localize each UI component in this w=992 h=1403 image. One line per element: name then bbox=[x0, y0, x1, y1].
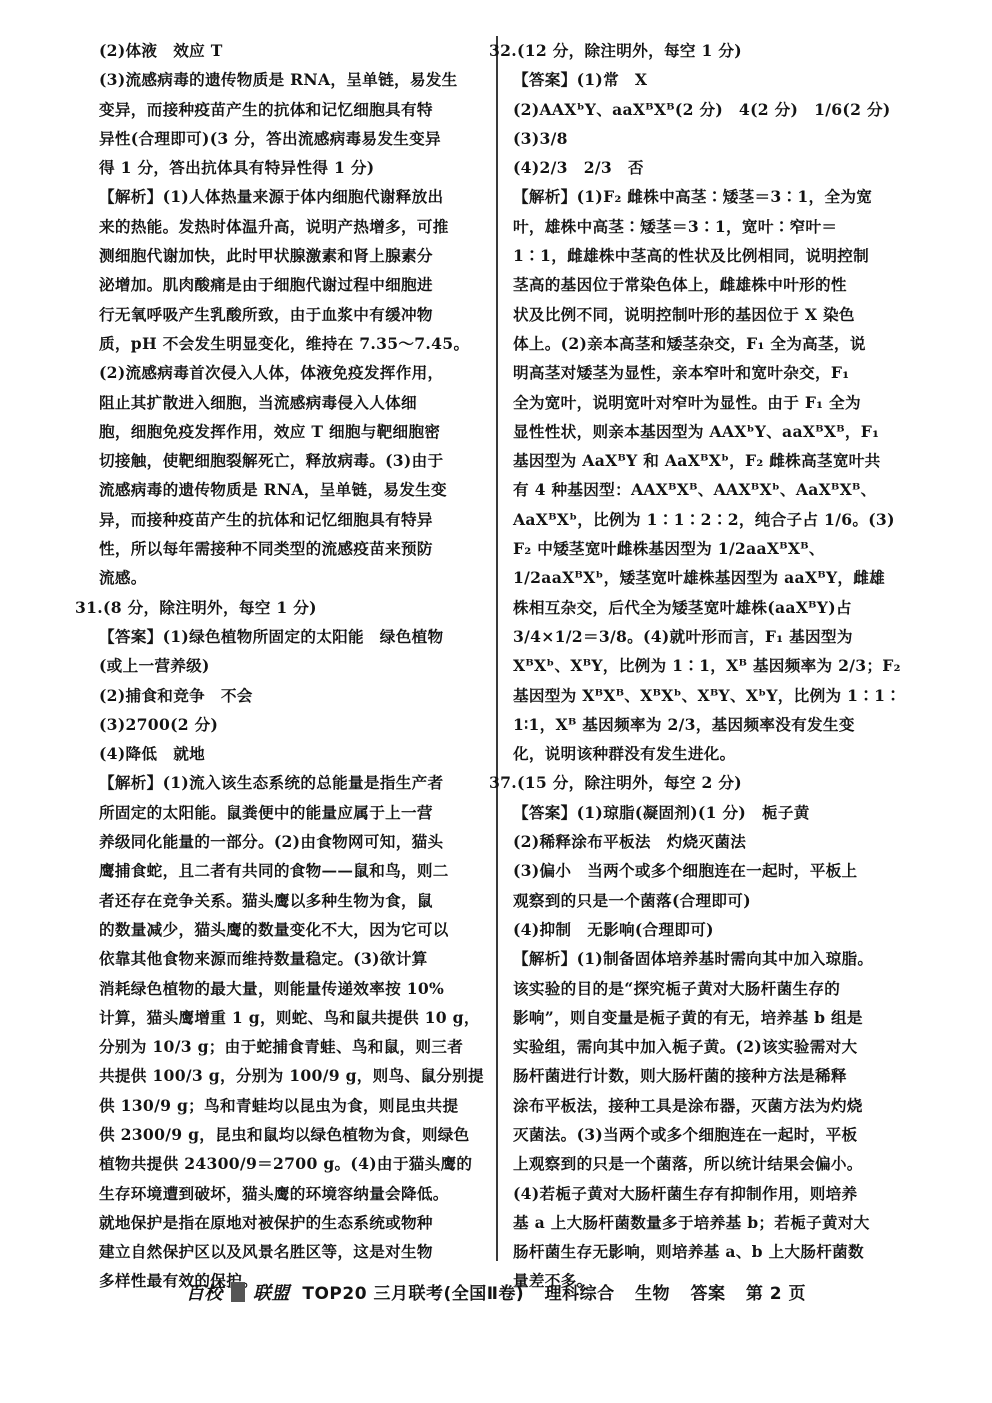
text-line: (2)AAXᵇY、aaXᴮXᴮ(2 分) 4(2 分) 1/6(2 分) bbox=[513, 95, 913, 124]
text-line: (2)捕食和竞争 不会 bbox=[99, 681, 479, 710]
text-line: (4)抑制 无影响(合理即可) bbox=[513, 915, 913, 944]
text-line: 基 a 上大肠杆菌数量多于培养基 b；若栀子黄对大 bbox=[513, 1208, 913, 1237]
text-line: (或上一营养级) bbox=[99, 651, 479, 680]
text-line: (4)若栀子黄对大肠杆菌生存有抑制作用，则培养 bbox=[513, 1179, 913, 1208]
question-header: 31.(8 分，除注明外，每空 1 分) bbox=[75, 593, 479, 622]
text-line: (2)体液 效应 T bbox=[99, 36, 479, 65]
right-column: 32.(12 分，除注明外，每空 1 分) 【答案】(1)常 X (2)AAXᵇ… bbox=[513, 36, 913, 1296]
text-line: 异性(合理即可)(3 分，答出流感病毒易发生变异 bbox=[99, 124, 479, 153]
text-line: 【解析】(1)制备固体培养基时需向其中加入琼脂。 bbox=[513, 944, 913, 973]
text-line: 质，pH 不会发生明显变化，维持在 7.35～7.45。 bbox=[99, 329, 479, 358]
text-line: 叶，雄株中高茎∶矮茎＝3∶1，宽叶∶窄叶＝ bbox=[513, 212, 913, 241]
text-line: 【答案】(1)常 X bbox=[513, 65, 913, 94]
subject-group: 理科综合 bbox=[545, 1284, 615, 1304]
text-line: 观察到的只是一个菌落(合理即可) bbox=[513, 886, 913, 915]
text-line: 性，所以每年需接种不同类型的流感疫苗来预防 bbox=[99, 534, 479, 563]
text-line: 灭菌法。(3)当两个或多个细胞连在一起时，平板 bbox=[513, 1120, 913, 1149]
text-line: 明高茎对矮茎为显性，亲本窄叶和宽叶杂交，F₁ bbox=[513, 358, 913, 387]
doc-type: 答案 bbox=[690, 1284, 725, 1304]
text-line: (2)流感病毒首次侵入人体，体液免疫发挥作用， bbox=[99, 358, 479, 387]
text-line: 来的热能。发热时体温升高，说明产热增多，可推 bbox=[99, 212, 479, 241]
text-line: 1∶1，雌雄株中茎高的性状及比例相同，说明控制 bbox=[513, 241, 913, 270]
text-line: 胞，细胞免疫发挥作用，效应 T 细胞与靶细胞密 bbox=[99, 417, 479, 446]
text-line: 【解析】(1)流入该生态系统的总能量是指生产者 bbox=[99, 768, 479, 797]
brand-logo-right: 联盟 bbox=[253, 1279, 290, 1305]
text-line: 有 4 种基因型：AAXᴮXᴮ、AAXᴮXᵇ、AaXᴮXᴮ、 bbox=[513, 475, 913, 504]
exam-title: TOP20 三月联考(全国Ⅱ卷) bbox=[302, 1284, 524, 1304]
text-line: 消耗绿色植物的最大量，则能量传递效率按 10% bbox=[99, 974, 479, 1003]
text-line: 株相互杂交，后代全为矮茎宽叶雄株(aaXᴮY)占 bbox=[513, 593, 913, 622]
text-line: 异，而接种疫苗产生的抗体和记忆细胞具有特异 bbox=[99, 505, 479, 534]
answer-sheet-page: (2)体液 效应 T (3)流感病毒的遗传物质是 RNA，呈单链，易发生 变异，… bbox=[0, 0, 992, 1403]
text-line: 建立自然保护区以及风景名胜区等，这是对生物 bbox=[99, 1237, 479, 1266]
text-line: 基因型为 XᴮXᴮ、XᴮXᵇ、XᴮY、XᵇY，比例为 1∶1∶ bbox=[513, 681, 913, 710]
text-line: (2)稀释涂布平板法 灼烧灭菌法 bbox=[513, 827, 913, 856]
brand-seal-icon bbox=[231, 1282, 245, 1302]
text-line: 影响”，则自变量是栀子黄的有无，培养基 b 组是 bbox=[513, 1003, 913, 1032]
text-line: 供 2300/9 g，昆虫和鼠均以绿色植物为食，则绿色 bbox=[99, 1120, 479, 1149]
text-line: AaXᴮXᵇ，比例为 1∶1∶2∶2，纯合子占 1/6。(3) bbox=[513, 505, 913, 534]
question-header: 37.(15 分，除注明外，每空 2 分) bbox=[489, 768, 913, 797]
q31-block: 31.(8 分，除注明外，每空 1 分) 【答案】(1)绿色植物所固定的太阳能 … bbox=[99, 593, 479, 1296]
text-line: 基因型为 AaXᴮY 和 AaXᴮXᵇ，F₂ 雌株高茎宽叶共 bbox=[513, 446, 913, 475]
q37-block: 37.(15 分，除注明外，每空 2 分) 【答案】(1)琼脂(凝固剂)(1 分… bbox=[513, 768, 913, 1295]
text-line: 切接触，使靶细胞裂解死亡，释放病毒。(3)由于 bbox=[99, 446, 479, 475]
text-line: 计算，猫头鹰增重 1 g，则蛇、鸟和鼠共提供 10 g， bbox=[99, 1003, 479, 1032]
text-line: (3)2700(2 分) bbox=[99, 710, 479, 739]
text-line: 泌增加。肌肉酸痛是由于细胞代谢过程中细胞进 bbox=[99, 270, 479, 299]
text-line: 共提供 100/3 g，分别为 100/9 g，则鸟、鼠分别提 bbox=[99, 1061, 479, 1090]
text-line: 植物共提供 24300/9＝2700 g。(4)由于猫头鹰的 bbox=[99, 1149, 479, 1178]
text-line: 测细胞代谢加快，此时甲状腺激素和肾上腺素分 bbox=[99, 241, 479, 270]
text-line: 生存环境遭到破坏，猫头鹰的环境容纳量会降低。 bbox=[99, 1179, 479, 1208]
text-line: 状及比例不同，说明控制叶形的基因位于 X 染色 bbox=[513, 300, 913, 329]
text-line: 化，说明该种群没有发生进化。 bbox=[513, 739, 913, 768]
page-number: 第 2 页 bbox=[746, 1284, 806, 1304]
text-line: 就地保护是指在原地对被保护的生态系统或物种 bbox=[99, 1208, 479, 1237]
text-line: 体上。(2)亲本高茎和矮茎杂交，F₁ 全为高茎，说 bbox=[513, 329, 913, 358]
text-line: 该实验的目的是“探究栀子黄对大肠杆菌生存的 bbox=[513, 974, 913, 1003]
text-line: (4)2/3 2/3 否 bbox=[513, 153, 913, 182]
text-line: 3/4×1/2＝3/8。(4)就叶形而言，F₁ 基因型为 bbox=[513, 622, 913, 651]
text-line: (3)偏小 当两个或多个细胞连在一起时，平板上 bbox=[513, 856, 913, 885]
text-line: (3)流感病毒的遗传物质是 RNA，呈单链，易发生 bbox=[99, 65, 479, 94]
text-line: 肠杆菌进行计数，则大肠杆菌的接种方法是稀释 bbox=[513, 1061, 913, 1090]
text-line: 全为宽叶，说明宽叶对窄叶为显性。由于 F₁ 全为 bbox=[513, 388, 913, 417]
text-line: 流感。 bbox=[99, 563, 479, 592]
text-line: 养级同化能量的一部分。(2)由食物网可知，猫头 bbox=[99, 827, 479, 856]
q30-answers: (2)体液 效应 T (3)流感病毒的遗传物质是 RNA，呈单链，易发生 变异，… bbox=[99, 36, 479, 182]
text-line: 得 1 分，答出抗体具有特异性得 1 分) bbox=[99, 153, 479, 182]
text-line: 显性性状，则亲本基因型为 AAXᵇY、aaXᴮXᴮ，F₁ bbox=[513, 417, 913, 446]
page-footer: 百校联盟 TOP20 三月联考(全国Ⅱ卷) 理科综合 生物 答案 第 2 页 bbox=[0, 1279, 992, 1305]
text-line: 流感病毒的遗传物质是 RNA，呈单链，易发生变 bbox=[99, 475, 479, 504]
text-line: 分别为 10/3 g；由于蛇捕食青蛙、鸟和鼠，则三者 bbox=[99, 1032, 479, 1061]
text-line: 涂布平板法，接种工具是涂布器，灭菌方法为灼烧 bbox=[513, 1091, 913, 1120]
question-header: 32.(12 分，除注明外，每空 1 分) bbox=[489, 36, 913, 65]
column-divider bbox=[496, 36, 498, 1261]
text-line: 肠杆菌生存无影响，则培养基 a、b 上大肠杆菌数 bbox=[513, 1237, 913, 1266]
text-line: XᴮXᵇ、XᴮY，比例为 1∶1，Xᴮ 基因频率为 2/3；F₂ bbox=[513, 651, 913, 680]
text-line: 供 130/9 g；鸟和青蛙均以昆虫为食，则昆虫共提 bbox=[99, 1091, 479, 1120]
text-line: 行无氧呼吸产生乳酸所致，由于血浆中有缓冲物 bbox=[99, 300, 479, 329]
text-line: 1∶1，Xᴮ 基因频率为 2/3，基因频率没有发生变 bbox=[513, 710, 913, 739]
text-line: 者还存在竞争关系。猫头鹰以多种生物为食，鼠 bbox=[99, 886, 479, 915]
text-line: 的数量减少，猫头鹰的数量变化不大，因为它可以 bbox=[99, 915, 479, 944]
text-line: 所固定的太阳能。鼠粪便中的能量应属于上一营 bbox=[99, 798, 479, 827]
text-line: 上观察到的只是一个菌落，所以统计结果会偏小。 bbox=[513, 1149, 913, 1178]
brand-logo-left: 百校 bbox=[186, 1279, 223, 1305]
text-line: 依靠其他食物来源而维持数量稳定。(3)欲计算 bbox=[99, 944, 479, 973]
subject: 生物 bbox=[635, 1284, 670, 1304]
text-line: F₂ 中矮茎宽叶雌株基因型为 1/2aaXᴮXᴮ、 bbox=[513, 534, 913, 563]
left-column: (2)体液 效应 T (3)流感病毒的遗传物质是 RNA，呈单链，易发生 变异，… bbox=[99, 36, 479, 1296]
text-line: 【解析】(1)F₂ 雌株中高茎∶矮茎＝3∶1，全为宽 bbox=[513, 182, 913, 211]
text-line: 【答案】(1)绿色植物所固定的太阳能 绿色植物 bbox=[99, 622, 479, 651]
text-line: 茎高的基因位于常染色体上，雌雄株中叶形的性 bbox=[513, 270, 913, 299]
text-line: 【答案】(1)琼脂(凝固剂)(1 分) 栀子黄 bbox=[513, 798, 913, 827]
text-line: (4)降低 就地 bbox=[99, 739, 479, 768]
text-line: 变异，而接种疫苗产生的抗体和记忆细胞具有特 bbox=[99, 95, 479, 124]
text-line: 鹰捕食蛇，且二者有共同的食物——鼠和鸟，则二 bbox=[99, 856, 479, 885]
text-line: 实验组，需向其中加入栀子黄。(2)该实验需对大 bbox=[513, 1032, 913, 1061]
q32-block: 32.(12 分，除注明外，每空 1 分) 【答案】(1)常 X (2)AAXᵇ… bbox=[513, 36, 913, 768]
text-line: 阻止其扩散进入细胞，当流感病毒侵入人体细 bbox=[99, 388, 479, 417]
text-line: (3)3/8 bbox=[513, 124, 913, 153]
q30-analysis: 【解析】(1)人体热量来源于体内细胞代谢释放出 来的热能。发热时体温升高，说明产… bbox=[99, 182, 479, 592]
text-line: 1/2aaXᴮXᵇ，矮茎宽叶雄株基因型为 aaXᴮY，雌雄 bbox=[513, 563, 913, 592]
text-line: 【解析】(1)人体热量来源于体内细胞代谢释放出 bbox=[99, 182, 479, 211]
